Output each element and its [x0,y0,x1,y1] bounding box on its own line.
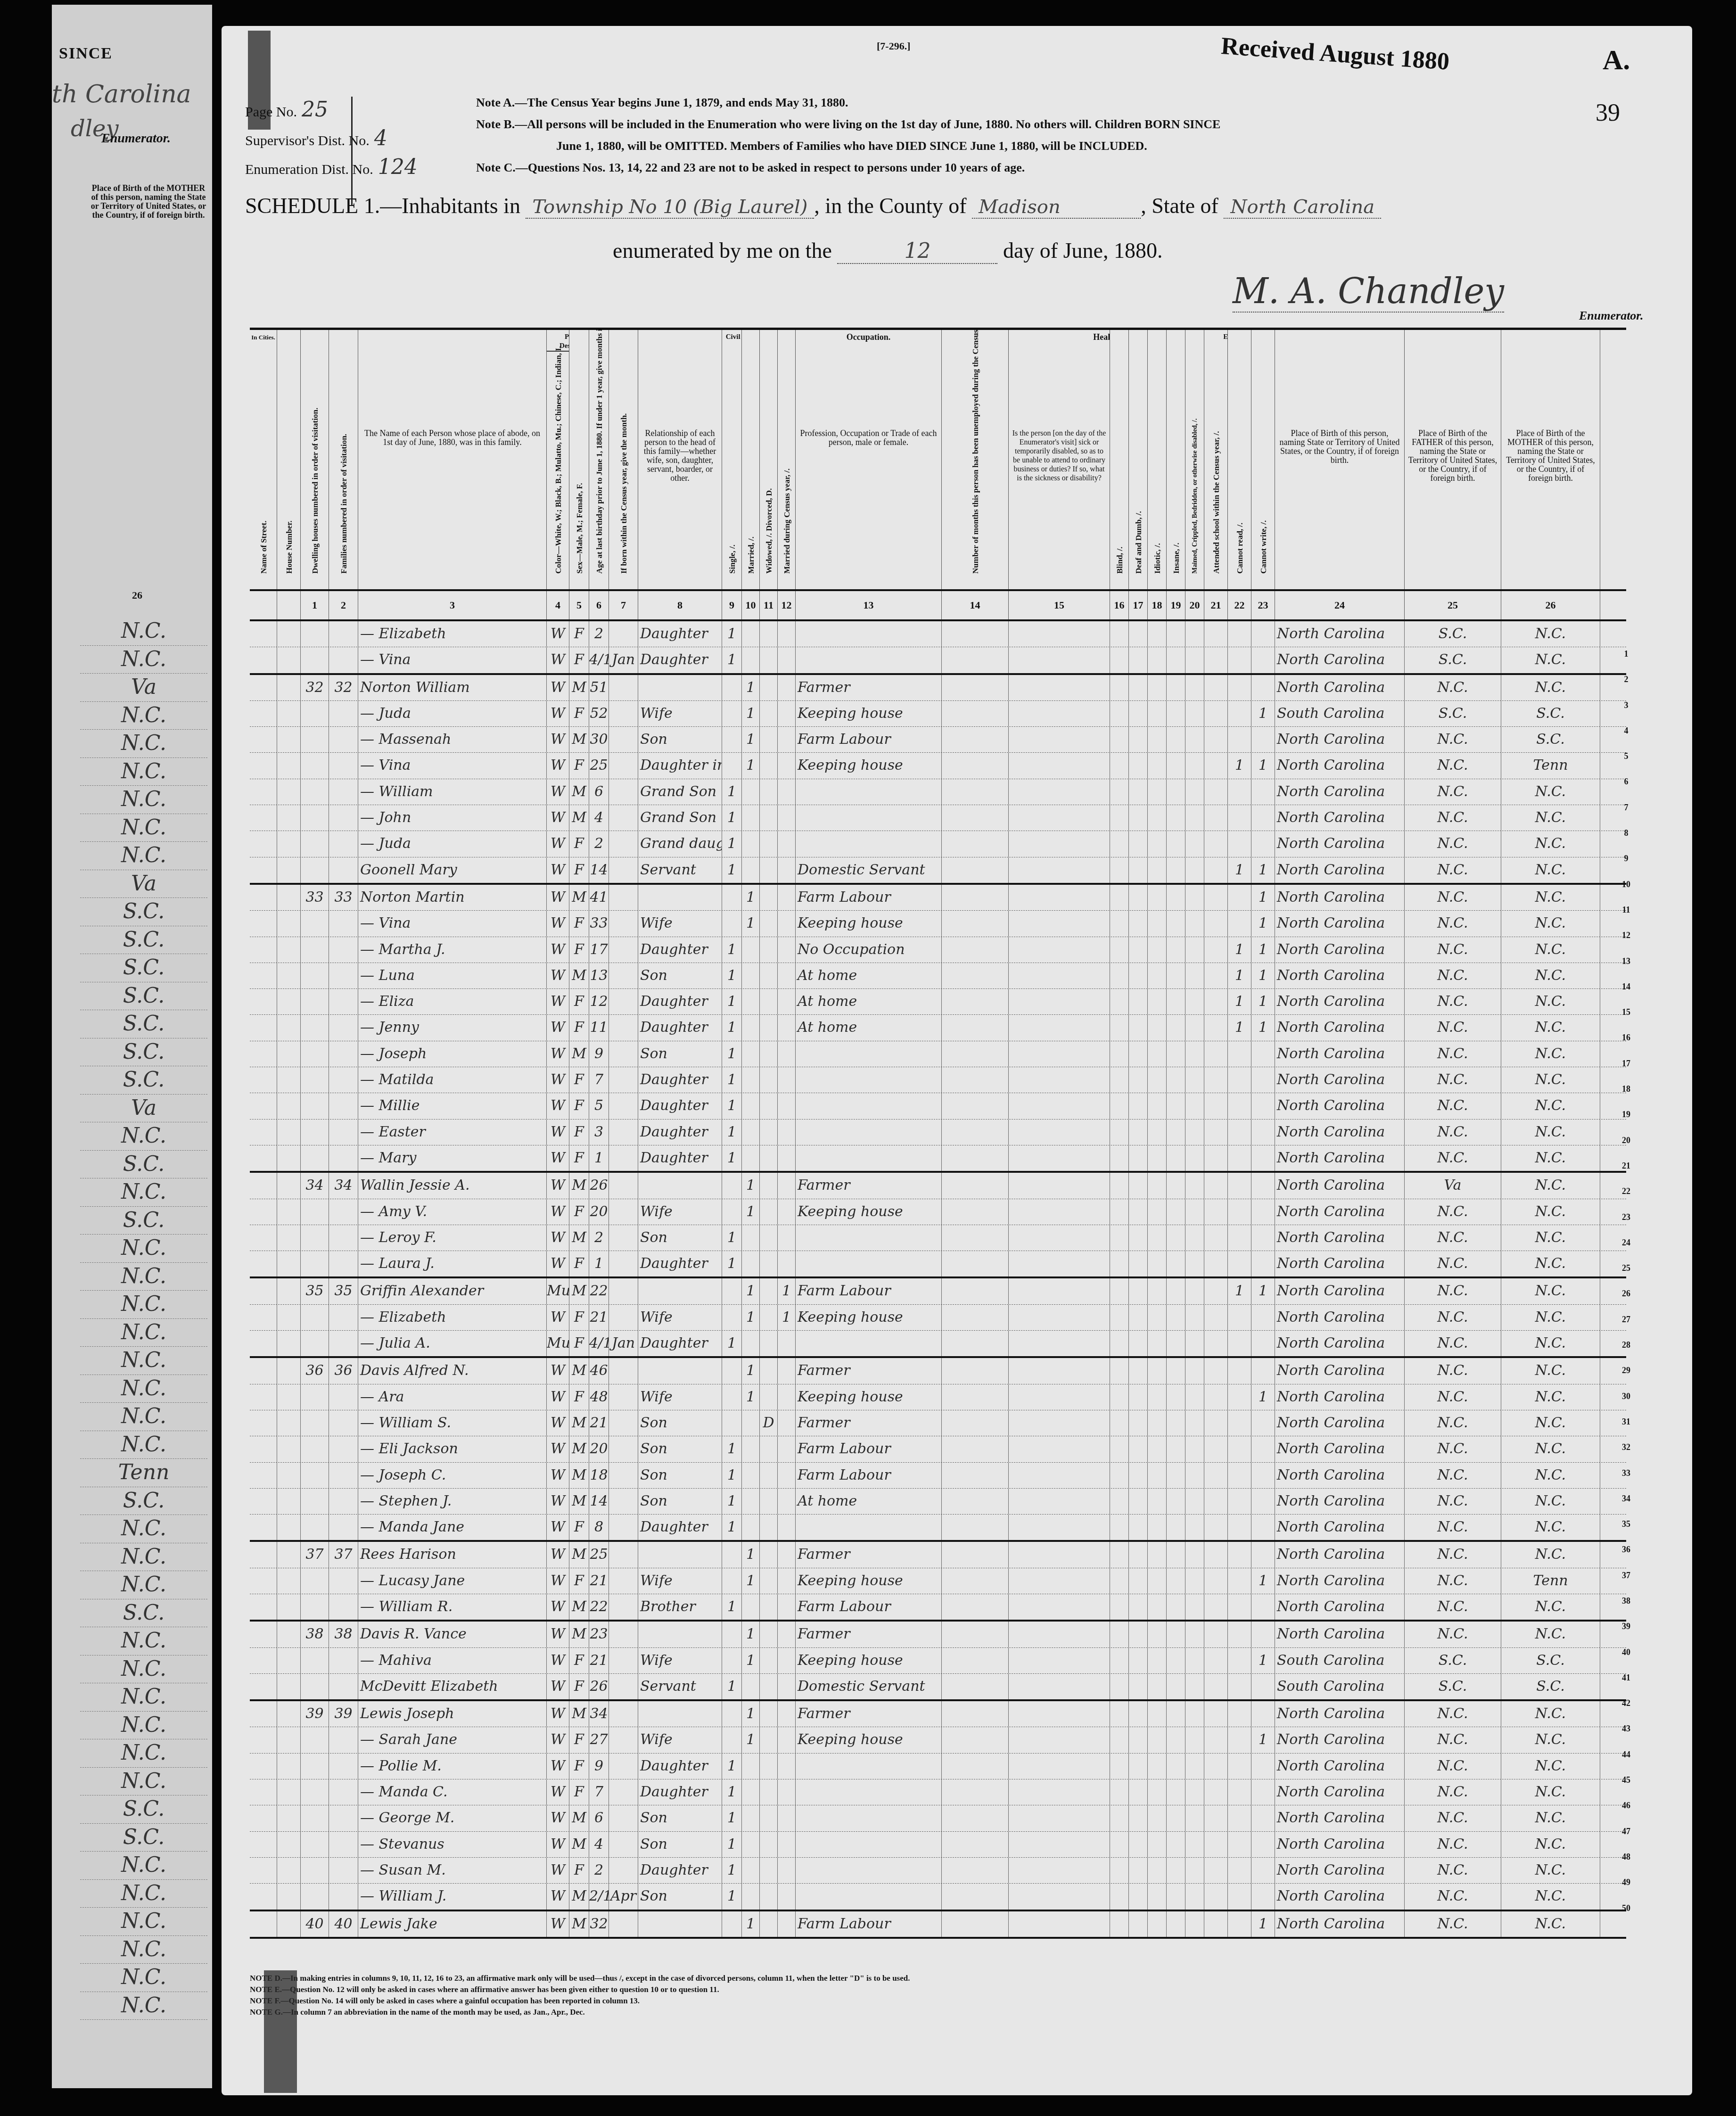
cell-widowed [760,1093,778,1119]
cell-insane [1167,1594,1185,1620]
cell-father-birthplace: N.C. [1405,675,1501,700]
cell-insane [1167,911,1185,936]
cell-blind [1110,937,1129,963]
cell-relationship [638,1911,722,1937]
cell-house [277,1410,301,1436]
cell-maimed [1185,911,1204,936]
cell-single: 1 [722,857,742,883]
enumerator-label: Enumerator. [1579,309,1644,323]
cell-color: W [547,963,569,988]
cell-married-year [778,1701,796,1727]
cell-school [1204,963,1228,988]
cell-name: — Juda [358,701,547,726]
table-row: — StevanusWM4Son1North CarolinaN.C.N.C. [250,1832,1626,1858]
cell-married-year [778,1622,796,1647]
cell-color: W [547,831,569,856]
cell-cannot-read [1228,1779,1251,1805]
cell-dwelling [301,1648,329,1673]
cell-cannot-read [1228,779,1251,805]
cell-cannot-read [1228,1884,1251,1909]
cell-sickness [1009,701,1110,726]
cell-deaf [1129,1436,1148,1462]
col-street: In Cities.Name of Street. [250,330,277,589]
cell-father-birthplace: N.C. [1405,805,1501,831]
cell-married-year [778,1884,796,1909]
cell-mother-birthplace: N.C. [1501,937,1600,963]
cell-name: Norton William [358,675,547,700]
cell-married: 1 [742,885,760,910]
cell-father-birthplace: N.C. [1405,1410,1501,1436]
cell-birthplace: North Carolina [1275,1805,1405,1831]
cell-dwelling [301,1884,329,1909]
cell-name: — Eliza [358,989,547,1014]
cell-street [250,1358,277,1383]
cell-street [250,1832,277,1857]
cell-single: 1 [722,647,742,673]
cell-dwelling [301,1568,329,1594]
cell-insane [1167,805,1185,831]
cell-color: W [547,885,569,910]
note-d: NOTE D.—In making entries in columns 9, … [250,1973,910,1984]
cell-family [329,1489,358,1514]
cell-name: Griffin Alexander [358,1278,547,1304]
cell-father-birthplace: N.C. [1405,1331,1501,1356]
cell-dwelling [301,989,329,1014]
table-row: — LunaWM13Son1At home11North CarolinaN.C… [250,963,1626,989]
cell-cannot-write: 1 [1251,1278,1275,1304]
cell-father-birthplace: N.C. [1405,989,1501,1014]
cell-name: — William S. [358,1410,547,1436]
cell-age: 32 [589,1911,609,1937]
cell-name: Lewis Joseph [358,1701,547,1727]
cell-idiotic [1148,1173,1167,1198]
left-mother-birthplace-cell: S.C. [80,954,207,982]
cell-married: 1 [742,1542,760,1567]
table-row: — MillieWF5Daughter1North CarolinaN.C.N.… [250,1093,1626,1119]
cell-dwelling [301,1384,329,1410]
cell-insane [1167,1701,1185,1727]
cell-sex: F [569,1120,589,1145]
cell-school [1204,1515,1228,1540]
cell-sex: F [569,1568,589,1594]
cell-color: W [547,1120,569,1145]
cell-house [277,1489,301,1514]
cell-unemployed [942,701,1009,726]
cell-name: — Easter [358,1120,547,1145]
col-name: The Name of each Person whose place of a… [358,330,547,589]
cell-idiotic [1148,1805,1167,1831]
cell-unemployed [942,1594,1009,1620]
cell-relationship: Son [638,1410,722,1436]
cell-father-birthplace: N.C. [1405,1067,1501,1093]
line-number: 13 [1614,948,1638,974]
cell-color: W [547,805,569,831]
cell-age: 14 [589,857,609,883]
cell-name: — William R. [358,1594,547,1620]
cell-cannot-write [1251,1410,1275,1436]
cell-blind [1110,1225,1129,1251]
cell-color: W [547,989,569,1014]
cell-house [277,1278,301,1304]
cell-maimed [1185,1622,1204,1647]
cell-name: — Amy V. [358,1199,547,1225]
cell-birthplace: North Carolina [1275,1305,1405,1330]
cell-occupation: Farm Labour [796,1463,942,1488]
cell-cannot-write: 1 [1251,885,1275,910]
cell-occupation: At home [796,989,942,1014]
left-mother-birthplace-cell: N.C. [80,1431,207,1459]
line-number: 7 [1614,795,1638,820]
cell-father-birthplace: N.C. [1405,885,1501,910]
cell-sex: F [569,911,589,936]
col-house-number: House Number. [277,330,301,589]
cell-birthplace: North Carolina [1275,1093,1405,1119]
cell-sex: M [569,1436,589,1462]
cell-maimed [1185,1384,1204,1410]
cell-insane [1167,1515,1185,1540]
cell-deaf [1129,1858,1148,1883]
cell-mother-birthplace: N.C. [1501,1701,1600,1727]
cell-born-month [609,989,638,1014]
cell-single: 1 [722,937,742,963]
cell-relationship [638,1278,722,1304]
cell-house [277,989,301,1014]
cell-school [1204,1622,1228,1647]
cell-mother-birthplace: N.C. [1501,1278,1600,1304]
cell-widowed [760,1832,778,1857]
cell-family [329,1436,358,1462]
cell-father-birthplace: N.C. [1405,1199,1501,1225]
cell-sickness [1009,647,1110,673]
cell-married-year [778,1199,796,1225]
cell-birthplace: North Carolina [1275,1754,1405,1779]
cell-mother-birthplace: N.C. [1501,1779,1600,1805]
cell-sickness [1009,621,1110,647]
cell-married-year [778,1515,796,1540]
cell-name: Goonell Mary [358,857,547,883]
cell-blind [1110,1805,1129,1831]
cell-widowed [760,937,778,963]
cell-relationship: Son [638,727,722,752]
cell-deaf [1129,1410,1148,1436]
cell-family [329,1568,358,1594]
cell-relationship: Son [638,1805,722,1831]
cell-unemployed [942,1120,1009,1145]
left-mother-birthplace-cell: N.C. [80,1543,207,1572]
cell-house [277,1754,301,1779]
cell-married [742,1884,760,1909]
cell-sex: M [569,885,589,910]
cell-school [1204,805,1228,831]
cell-name: McDevitt Elizabeth [358,1674,547,1699]
cell-street [250,1199,277,1225]
line-number: 45 [1614,1767,1638,1793]
cell-married [742,621,760,647]
cell-married [742,1251,760,1276]
cell-dwelling [301,1779,329,1805]
cell-street [250,1463,277,1488]
cell-married-year [778,675,796,700]
table-row: Goonell MaryWF14Servant1Domestic Servant… [250,857,1626,885]
cell-married [742,1463,760,1488]
cell-street [250,1093,277,1119]
cell-dwelling [301,1305,329,1330]
cell-father-birthplace: N.C. [1405,1463,1501,1488]
cell-single: 1 [722,1251,742,1276]
cell-name: — Joseph [358,1041,547,1067]
cell-cannot-write: 1 [1251,937,1275,963]
cell-married [742,1779,760,1805]
cell-family [329,1648,358,1673]
cell-single: 1 [722,1120,742,1145]
cell-cannot-write [1251,1515,1275,1540]
cell-mother-birthplace: N.C. [1501,1173,1600,1198]
cell-married [742,1225,760,1251]
cell-birthplace: North Carolina [1275,1225,1405,1251]
line-number: 21 [1614,1153,1638,1178]
line-number: 28 [1614,1332,1638,1358]
cell-school [1204,1305,1228,1330]
cell-dwelling [301,1805,329,1831]
cell-father-birthplace: N.C. [1405,1251,1501,1276]
cell-school [1204,885,1228,910]
cell-blind [1110,1754,1129,1779]
cell-family [329,1015,358,1040]
cell-birthplace: North Carolina [1275,1701,1405,1727]
cell-deaf [1129,1331,1148,1356]
cell-born-month [609,805,638,831]
state-label: , State of [1141,194,1218,218]
cell-house [277,1911,301,1937]
table-row: — William R.WM22Brother1Farm LabourNorth… [250,1594,1626,1622]
cell-color: W [547,647,569,673]
cell-born-month [609,1145,638,1171]
left-mother-birthplace-cell: S.C. [80,1066,207,1095]
cell-born-month [609,1041,638,1067]
table-row: — Amy V.WF20Wife1Keeping houseNorth Caro… [250,1199,1626,1225]
cell-single: 1 [722,1832,742,1857]
left-mother-birthplace-cell: N.C. [80,1655,207,1684]
form-number: [7-296.] [877,40,910,52]
cell-name: — Luna [358,963,547,988]
cell-house [277,1832,301,1857]
cell-insane [1167,885,1185,910]
cell-father-birthplace: N.C. [1405,1489,1501,1514]
cell-relationship: Daughter [638,1858,722,1883]
cell-blind [1110,1041,1129,1067]
cell-name: — Julia A. [358,1331,547,1356]
cell-school [1204,1858,1228,1883]
county-label: , in the County of [814,194,966,218]
cell-insane [1167,1911,1185,1937]
cell-name: — Mary [358,1145,547,1171]
cell-school [1204,1542,1228,1567]
cell-mother-birthplace: N.C. [1501,1015,1600,1040]
cell-widowed [760,989,778,1014]
cell-born-month: Jan [609,647,638,673]
cell-family: 35 [329,1278,358,1304]
cell-birthplace: North Carolina [1275,1120,1405,1145]
cell-birthplace: North Carolina [1275,1594,1405,1620]
cell-house [277,1384,301,1410]
cell-maimed [1185,701,1204,726]
cell-dwelling: 40 [301,1911,329,1937]
column-number: 15 [1009,591,1110,619]
cell-single: 1 [722,1594,742,1620]
cell-widowed [760,1358,778,1383]
column-number: 23 [1251,591,1275,619]
cell-single [722,1701,742,1727]
cell-occupation: No Occupation [796,937,942,963]
col-age: Age at last birthday prior to June 1, 18… [589,330,609,589]
cell-sickness [1009,1489,1110,1514]
cell-street [250,1674,277,1699]
cell-house [277,1648,301,1673]
cell-dwelling [301,831,329,856]
cell-widowed [760,1305,778,1330]
cell-cannot-read: 1 [1228,1278,1251,1304]
left-mother-birthplace-cell: N.C. [80,1319,207,1347]
cell-street [250,621,277,647]
cell-idiotic [1148,1754,1167,1779]
cell-name: — Manda Jane [358,1515,547,1540]
cell-mother-birthplace: N.C. [1501,911,1600,936]
table-row: — AraWF48Wife1Keeping house1North Caroli… [250,1384,1626,1410]
cell-sickness [1009,1463,1110,1488]
note-f: NOTE F.—Question No. 14 will only be ask… [250,1995,910,2007]
cell-blind [1110,1911,1129,1937]
cell-birthplace: North Carolina [1275,1884,1405,1909]
cell-father-birthplace: Va [1405,1173,1501,1198]
cell-relationship: Wife [638,1727,722,1753]
cell-school [1204,1911,1228,1937]
cell-unemployed [942,1145,1009,1171]
cell-street [250,1067,277,1093]
cell-single [722,675,742,700]
cell-birthplace: North Carolina [1275,1463,1405,1488]
cell-school [1204,1093,1228,1119]
cell-unemployed [942,1911,1009,1937]
cell-relationship: Wife [638,1199,722,1225]
cell-sex: F [569,1648,589,1673]
cell-family [329,1674,358,1699]
cell-name: — Vina [358,911,547,936]
cell-sickness [1009,831,1110,856]
cell-cannot-read [1228,805,1251,831]
cell-house [277,727,301,752]
cell-married-year [778,1358,796,1383]
cell-cannot-write [1251,1489,1275,1514]
line-number: 20 [1614,1128,1638,1153]
cell-idiotic [1148,1015,1167,1040]
census-table: In Cities.Name of Street. House Number. … [250,328,1626,1939]
cell-idiotic [1148,1489,1167,1514]
cell-name: — Vina [358,647,547,673]
cell-insane [1167,1145,1185,1171]
cell-street [250,1594,277,1620]
cell-insane [1167,1884,1185,1909]
cell-name: — Leroy F. [358,1225,547,1251]
cell-married: 1 [742,911,760,936]
cell-school [1204,1648,1228,1673]
table-row: 3939Lewis JosephWM341FarmerNorth Carolin… [250,1701,1626,1727]
cell-widowed [760,1779,778,1805]
cell-mother-birthplace: S.C. [1501,727,1600,752]
cell-blind [1110,1884,1129,1909]
cell-idiotic [1148,1858,1167,1883]
cell-relationship [638,1173,722,1198]
cell-street [250,1805,277,1831]
cell-blind [1110,1251,1129,1276]
cell-occupation: Farmer [796,1701,942,1727]
left-mother-birthplace-cell: N.C. [80,1122,207,1151]
cell-insane [1167,1305,1185,1330]
cell-name: — Millie [358,1093,547,1119]
cell-maimed [1185,1145,1204,1171]
cell-school [1204,1489,1228,1514]
cell-blind [1110,1093,1129,1119]
table-row: — MassenahWM30Son1Farm LabourNorth Carol… [250,727,1626,753]
cell-color: W [547,1489,569,1514]
cell-relationship [638,1542,722,1567]
cell-single: 1 [722,1225,742,1251]
cell-dwelling [301,753,329,778]
column-number: 11 [760,591,778,619]
cell-age: 41 [589,885,609,910]
schedule-title: SCHEDULE 1.—Inhabitants in Township No 1… [245,193,1381,219]
cell-single: 1 [722,989,742,1014]
cell-insane [1167,1093,1185,1119]
cell-blind [1110,1622,1129,1647]
cell-cannot-read [1228,1331,1251,1356]
cell-name: — Manda C. [358,1779,547,1805]
cell-sickness [1009,1384,1110,1410]
column-number: 24 [1275,591,1405,619]
cell-school [1204,727,1228,752]
cell-idiotic [1148,1542,1167,1567]
cell-sex: F [569,753,589,778]
cell-birthplace: North Carolina [1275,805,1405,831]
cell-maimed [1185,1463,1204,1488]
cell-married-year [778,1015,796,1040]
cell-widowed [760,701,778,726]
line-number: 3 [1614,692,1638,718]
cell-name: Davis Alfred N. [358,1358,547,1383]
cell-blind [1110,1674,1129,1699]
cell-blind [1110,1305,1129,1330]
cell-married [742,1832,760,1857]
enumerator-signature: M. A. Chandley [1233,271,1504,313]
cell-birthplace: North Carolina [1275,1542,1405,1567]
left-mother-birthplace-cell: N.C. [80,730,207,758]
cell-blind [1110,1436,1129,1462]
cell-born-month [609,1594,638,1620]
column-number: 3 [358,591,547,619]
township-field: Township No 10 (Big Laurel) [526,196,814,219]
cell-widowed [760,647,778,673]
column-number: 12 [778,591,796,619]
cell-blind [1110,1067,1129,1093]
cell-relationship: Daughter [638,1331,722,1356]
cell-cannot-read [1228,1120,1251,1145]
cell-widowed [760,885,778,910]
cell-color: W [547,1225,569,1251]
cell-family [329,1251,358,1276]
cell-birthplace: North Carolina [1275,885,1405,910]
cell-sickness [1009,753,1110,778]
cell-insane [1167,1015,1185,1040]
cell-school [1204,1278,1228,1304]
